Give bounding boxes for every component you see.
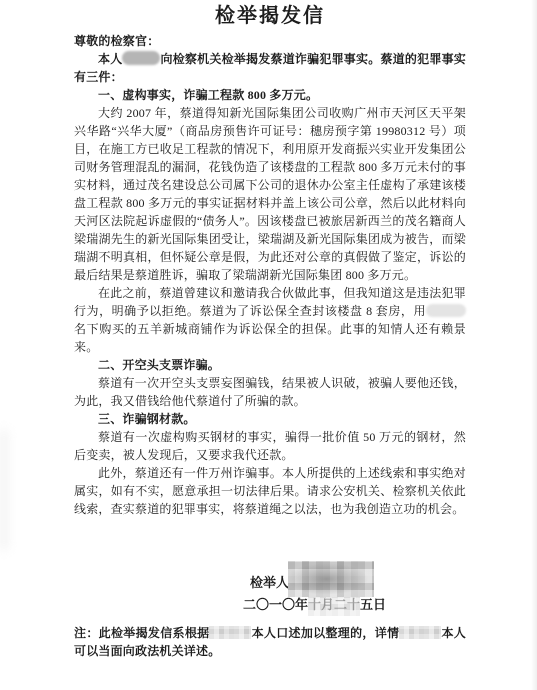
- signer-line: 检举人：: [74, 572, 466, 594]
- letter-page: 检举揭发信 尊敬的检察官： 本人向检察机关检举揭发蔡道诈骗犯罪事实。蔡道的犯罪事…: [0, 0, 537, 690]
- text-run: 蔡道有一次开空头支票妄图骗钱，结果被人识破，被骗人要他还钱，为此，我又借钱给他代…: [74, 376, 466, 408]
- text-run: 本人口述加以整理的，详情: [251, 626, 399, 640]
- paragraph: 蔡道有一次开空头支票妄图骗钱，结果被人识破，被骗人要他还钱，为此，我又借钱给他代…: [74, 374, 466, 410]
- document-body: 本人向检察机关检举揭发蔡道诈骗犯罪事实。蔡道的犯罪事实有三件：一、虚构事实，诈骗…: [74, 50, 466, 518]
- text-run: 二、开空头支票诈骗。: [98, 358, 220, 372]
- paragraph: 本人向检察机关检举揭发蔡道诈骗犯罪事实。蔡道的犯罪事实有三件：: [74, 50, 466, 86]
- scan-edge-shade: [531, 0, 537, 690]
- redaction-pixel-inline: [209, 626, 251, 639]
- text-run: 蔡道有一次虚构购买钢材的事实，骗得一批价值 50 万元的钢材，然后变卖，被人发现…: [74, 430, 466, 462]
- salutation: 尊敬的检察官：: [74, 32, 466, 50]
- text-run: 注：此检举揭发信系根据: [74, 626, 209, 640]
- note-paragraph: 注：此检举揭发信系根据本人口述加以整理的，详情本人可以当面向政法机关详述。: [74, 624, 466, 660]
- paragraph: 在此之前，蔡道曾建议和邀请我合伙做此事，但我知道这是违法犯罪行为，明确予以拒绝。…: [74, 284, 466, 356]
- redaction-blur-light: [426, 304, 466, 317]
- section-heading: 二、开空头支票诈骗。: [74, 356, 466, 374]
- redaction-pixel-inline: [399, 626, 441, 639]
- section-heading: 三、诈骗钢材款。: [74, 410, 466, 428]
- document-title: 检举揭发信: [74, 4, 466, 28]
- paragraph: 此外，蔡道还有一件万州诈骗事。本人所提供的上述线索和事实绝对属实，如有不实，愿意…: [74, 464, 466, 518]
- date-prefix: 二〇一〇年: [243, 597, 308, 612]
- text-run: 此外，蔡道还有一件万州诈骗事。本人所提供的上述线索和事实绝对属实，如有不实，愿意…: [74, 466, 466, 516]
- text-run: 在此之前，蔡道曾建议和邀请我合伙做此事，但我知道这是违法犯罪行为，明确予以拒绝。…: [74, 286, 466, 318]
- redacted-date-part: 十月二十: [308, 594, 360, 616]
- text-run: 本人: [98, 52, 122, 66]
- section-heading: 一、虚构事实，诈骗工程款 800 多万元。: [74, 86, 466, 104]
- date-line: 二〇一〇年十月二十五日: [74, 594, 466, 616]
- paragraph: 大约 2007 年，蔡道得知新光国际集团公司收购广州市天河区天平架兴华路“兴华大…: [74, 104, 466, 284]
- letter-content: 检举揭发信 尊敬的检察官： 本人向检察机关检举揭发蔡道诈骗犯罪事实。蔡道的犯罪事…: [74, 4, 466, 660]
- paragraph: 蔡道有一次虚构购买钢材的事实，骗得一批价值 50 万元的钢材，然后变卖，被人发现…: [74, 428, 466, 464]
- date-suffix: 五日: [360, 597, 386, 612]
- scan-smudge: [0, 430, 8, 550]
- redacted-signer-name: [288, 561, 374, 597]
- text-run: 一、虚构事实，诈骗工程款 800 多万元。: [98, 88, 318, 102]
- signature-block: 检举人： 二〇一〇年十月二十五日: [74, 572, 466, 616]
- redaction-blur-dark: [122, 51, 160, 65]
- text-run: 大约 2007 年，蔡道得知新光国际集团公司收购广州市天河区天平架兴华路“兴华大…: [74, 106, 466, 282]
- text-run: 名下购买的五羊新城商铺作为诉讼保全的担保。此事的知情人还有赖景来。: [74, 322, 466, 354]
- text-run: 三、诈骗钢材款。: [98, 412, 196, 426]
